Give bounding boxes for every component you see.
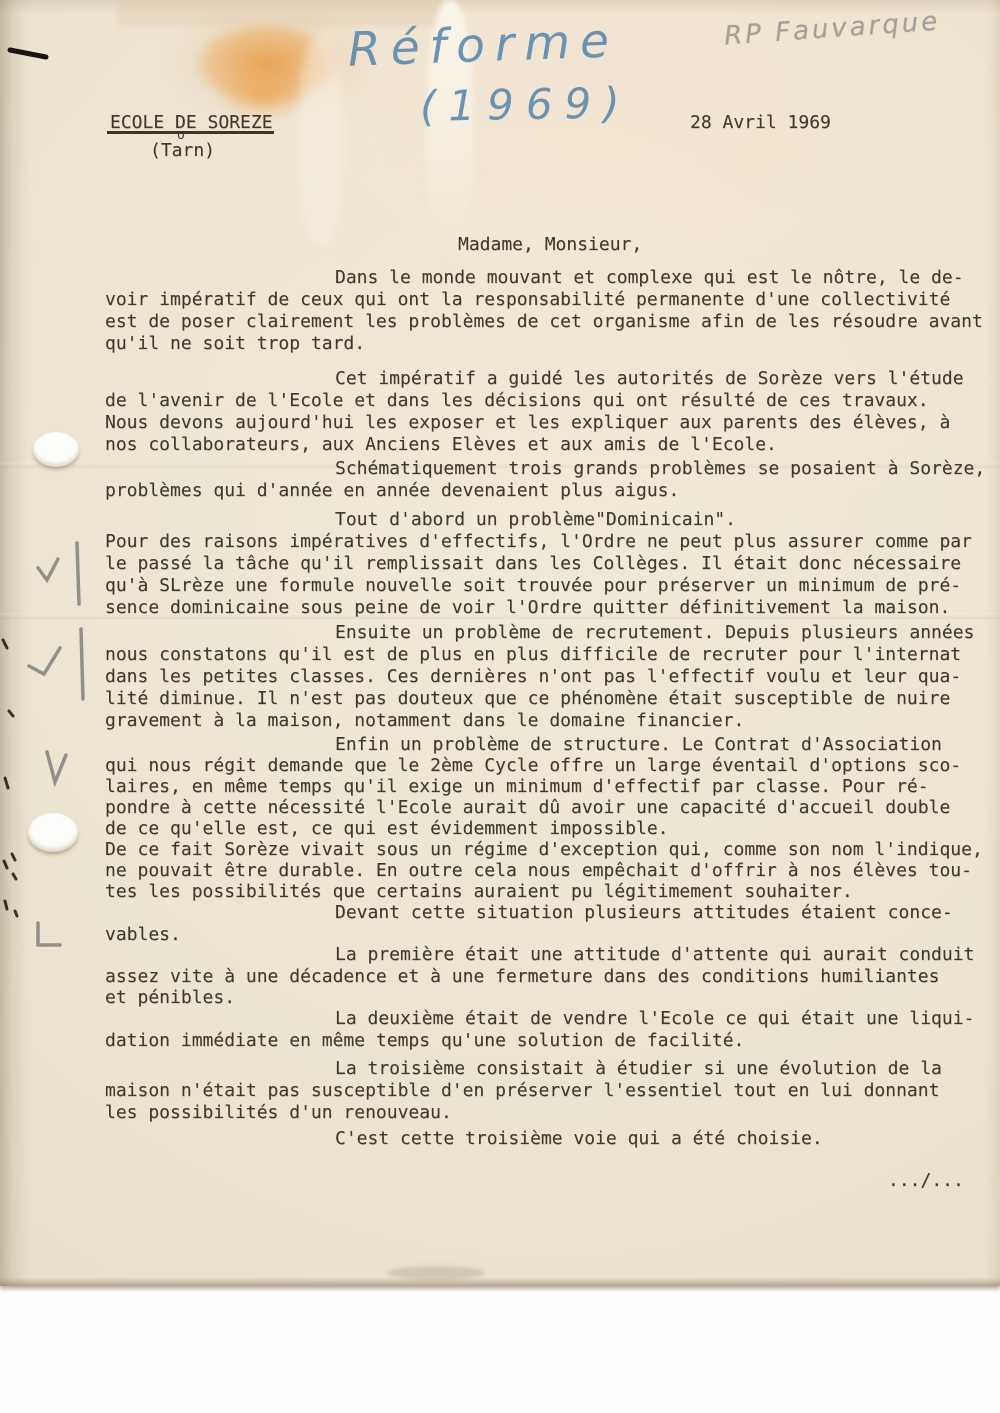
pencil-owner-note: RP Fauvarque	[723, 6, 941, 51]
paragraph-1: Dans le monde mouvant et complexe qui es…	[105, 267, 1000, 355]
handwritten-reform-year: (1969)	[420, 78, 632, 131]
paragraph-7: Devant cette situation plusieurs attitud…	[105, 902, 1000, 946]
letter-date: 28 Avril 1969	[690, 112, 831, 134]
light-streak-2	[298, 36, 344, 246]
edge-speck	[9, 711, 13, 716]
paragraph-5: Ensuite un problème de recrutement. Depu…	[105, 622, 1000, 732]
edge-speck	[15, 911, 17, 916]
punch-hole-top	[33, 432, 79, 467]
pencil-line-2	[81, 629, 83, 699]
salutation: Madame, Monsieur,	[458, 234, 642, 256]
pencil-checkmark-2	[29, 648, 60, 674]
paragraph-10: La troisième consistait à étudier si une…	[105, 1058, 1000, 1124]
paragraph-11: C'est cette troisième voie qui a été cho…	[105, 1128, 1000, 1150]
edge-speck	[5, 901, 7, 909]
paragraph-3: Schématiquement trois grands problèmes s…	[105, 458, 1000, 502]
paragraph-9: La deuxième était de vendre l'Ecole ce q…	[105, 1008, 1000, 1052]
pencil-line-1	[77, 543, 79, 604]
pencil-checkmark-3	[47, 752, 66, 782]
edge-speck	[12, 854, 15, 860]
punch-hole-bottom	[28, 813, 78, 852]
scanned-letter-page: ECOLE DE SOREZE o (Tarn) 28 Avril 1969 R…	[0, 0, 1000, 1413]
paragraph-8: La première était une attitude d'attente…	[105, 944, 1000, 1009]
black-dash-mark	[10, 50, 46, 57]
edge-speck	[4, 861, 7, 868]
paper-sheet: ECOLE DE SOREZE o (Tarn) 28 Avril 1969 R…	[0, 0, 1000, 1286]
edge-speck	[5, 778, 8, 788]
school-name-underline	[107, 131, 274, 134]
paragraph-4: Tout d'abord un problème"Dominicain". Po…	[105, 509, 1000, 619]
paragraph-6: Enfin un problème de structure. Le Contr…	[105, 734, 1000, 902]
paragraph-2: Cet impératif a guidé les autorités de S…	[105, 368, 1000, 456]
handwritten-reform-title: Réforme	[347, 13, 620, 77]
edge-speck	[13, 874, 16, 879]
paper-bottom-edge	[0, 1278, 1000, 1286]
school-department: (Tarn)	[150, 140, 215, 162]
continuation-mark: .../...	[888, 1170, 964, 1192]
edge-speck	[3, 640, 7, 648]
pencil-checkmark-1	[38, 559, 58, 580]
pencil-l-mark	[38, 923, 60, 945]
